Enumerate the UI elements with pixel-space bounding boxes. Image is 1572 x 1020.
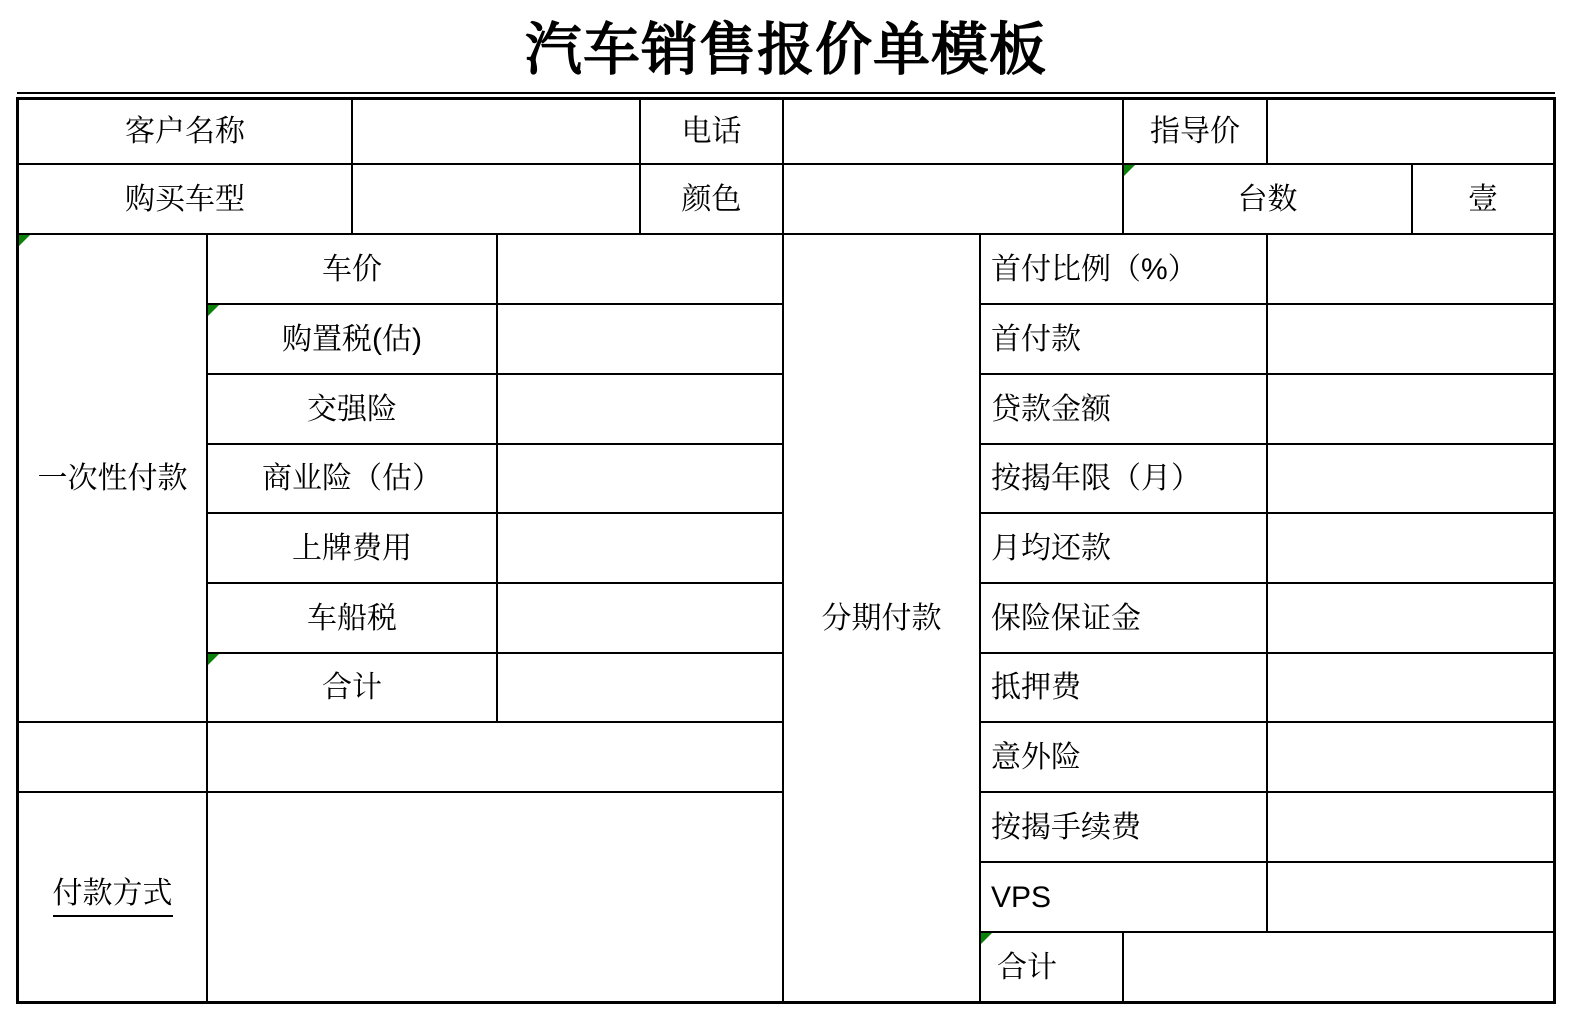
phone-label: 电话 [641, 100, 782, 163]
vps-label: VPS [981, 863, 1266, 931]
payment-method-label-text: 付款方式 [53, 877, 173, 917]
insurance-deposit-input-cell[interactable] [1268, 584, 1553, 652]
down-payment-label: 首付款 [981, 305, 1266, 373]
customer-name-label: 客户名称 [19, 100, 351, 163]
vps-input-cell[interactable] [1268, 863, 1553, 931]
installment-section-label: 分期付款 [784, 235, 979, 1001]
units-label-text: 台数 [1238, 183, 1298, 216]
car-model-label: 购买车型 [19, 165, 351, 233]
table-top-accent-line [17, 92, 1555, 94]
commercial-insurance-input-cell[interactable] [498, 445, 782, 512]
accident-insurance-label: 意外险 [981, 723, 1266, 791]
quotation-table: 客户名称 电话 指导价 购买车型 颜色 台数 壹 一次性付款 车价 购置税(估)… [16, 97, 1556, 1004]
customer-name-input-cell[interactable] [353, 100, 639, 163]
mortgage-term-input-cell[interactable] [1268, 445, 1553, 512]
installment-total-label-text: 合计 [997, 951, 1057, 984]
excel-error-indicator-icon [208, 305, 219, 316]
purchase-tax-label-text: 购置税(估) [282, 323, 422, 356]
accident-insurance-input-cell[interactable] [1268, 723, 1553, 791]
monthly-repayment-input-cell[interactable] [1268, 514, 1553, 582]
color-label: 颜色 [641, 165, 782, 233]
page-title: 汽车销售报价单模板 [0, 4, 1572, 86]
car-price-input-cell[interactable] [498, 235, 782, 303]
purchase-tax-label: 购置税(估) [208, 305, 496, 373]
commercial-insurance-label: 商业险（估） [208, 445, 496, 512]
compulsory-insurance-label: 交强险 [208, 375, 496, 443]
vehicle-vessel-tax-input-cell[interactable] [498, 584, 782, 652]
payment-method-input-cell[interactable] [208, 793, 782, 1001]
installment-total-label: 合计 [981, 933, 1122, 1001]
mortgage-handling-fee-input-cell[interactable] [1268, 793, 1553, 861]
guide-price-input-cell[interactable] [1268, 100, 1553, 163]
phone-input-cell[interactable] [784, 100, 1122, 163]
one-time-total-label-text: 合计 [322, 671, 382, 704]
down-payment-input-cell[interactable] [1268, 305, 1553, 373]
car-model-input-cell[interactable] [353, 165, 639, 233]
registration-fee-label: 上牌费用 [208, 514, 496, 582]
monthly-repayment-label: 月均还款 [981, 514, 1266, 582]
units-label: 台数 [1124, 165, 1411, 233]
excel-error-indicator-icon [19, 235, 30, 246]
mortgage-handling-fee-label: 按揭手续费 [981, 793, 1266, 861]
left-spacer-cell [19, 723, 206, 791]
guide-price-label: 指导价 [1124, 100, 1266, 163]
one-time-total-label: 合计 [208, 654, 496, 721]
mortgage-term-label: 按揭年限（月） [981, 445, 1266, 512]
one-time-payment-section-text: 一次性付款 [38, 462, 188, 495]
insurance-deposit-label: 保险保证金 [981, 584, 1266, 652]
excel-error-indicator-icon [208, 654, 219, 665]
one-time-total-input-cell[interactable] [498, 654, 782, 721]
quotation-page: 汽车销售报价单模板 客户名称 电话 指导价 购买车型 颜色 台数 壹 一次性付款… [0, 0, 1572, 1020]
one-time-payment-section-label: 一次性付款 [19, 235, 206, 721]
purchase-tax-input-cell[interactable] [498, 305, 782, 373]
registration-fee-input-cell[interactable] [498, 514, 782, 582]
car-price-label: 车价 [208, 235, 496, 303]
loan-amount-label: 贷款金额 [981, 375, 1266, 443]
payment-method-label: 付款方式 [19, 793, 206, 1001]
vehicle-vessel-tax-label: 车船税 [208, 584, 496, 652]
loan-amount-input-cell[interactable] [1268, 375, 1553, 443]
compulsory-insurance-input-cell[interactable] [498, 375, 782, 443]
excel-error-indicator-icon [981, 933, 992, 944]
units-value-cell[interactable]: 壹 [1413, 165, 1553, 233]
down-payment-ratio-input-cell[interactable] [1268, 235, 1553, 303]
installment-total-input-cell[interactable] [1124, 933, 1553, 1001]
mortgage-fee-input-cell[interactable] [1268, 654, 1553, 721]
color-input-cell[interactable] [784, 165, 1122, 233]
down-payment-ratio-label: 首付比例（%） [981, 235, 1266, 303]
mortgage-fee-label: 抵押费 [981, 654, 1266, 721]
left-spacer-wide-cell[interactable] [208, 723, 782, 791]
excel-error-indicator-icon [1124, 165, 1135, 176]
